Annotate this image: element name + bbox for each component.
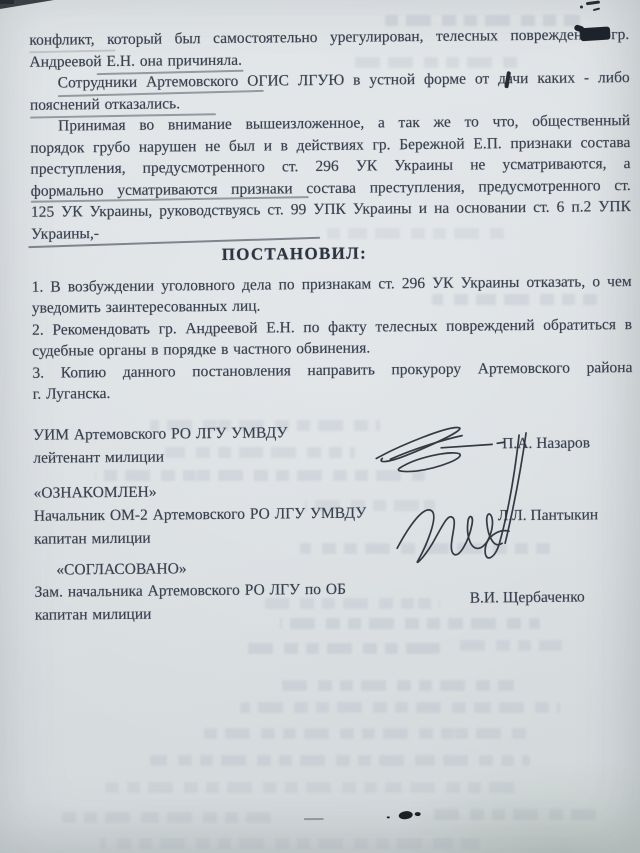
document-tilt-wrapper: конфликт, который был самостоятельно уре… (0, 0, 640, 853)
signature-name-pantykin: Л.Л. Пантыкин (498, 506, 598, 525)
ink-blot (398, 810, 413, 820)
pen-mark (304, 818, 324, 820)
pen-mark (586, 0, 600, 5)
signature-name-nazarov: П.А. Назаров (502, 434, 590, 453)
pen-mark (580, 5, 583, 8)
ink-redaction (580, 26, 611, 41)
pen-mark (593, 7, 600, 11)
ink-blot (415, 812, 421, 816)
ink-blot (387, 816, 390, 818)
signature-name-shcherbachenko: В.И. Щербаченко (470, 588, 585, 607)
resolution-items: 1. В возбуждении уголовного дела по приз… (32, 271, 633, 406)
scanned-document-page: конфликт, который был самостоятельно уре… (0, 0, 640, 853)
photo-corner-shadow (0, 0, 14, 4)
